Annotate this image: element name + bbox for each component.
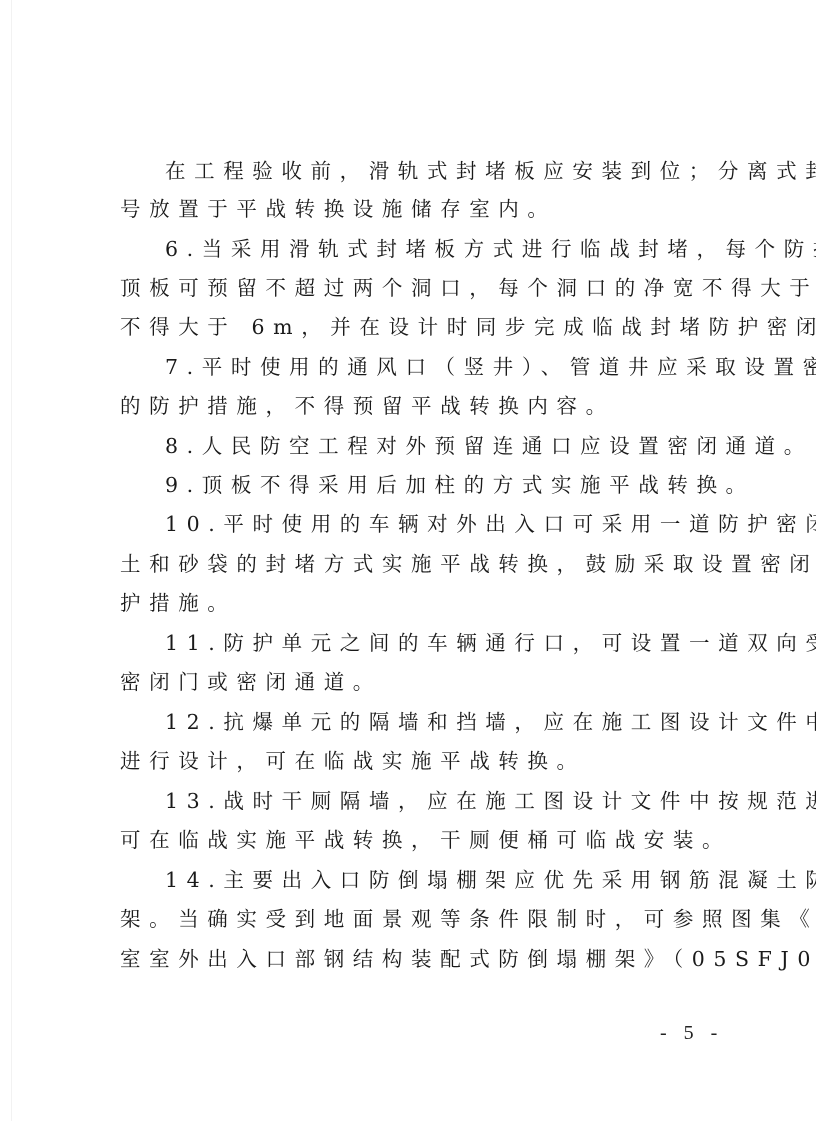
text-line: 在工程验收前，滑轨式封堵板应安装到位；分离式封堵板编 (165, 152, 816, 190)
text-line: 室室外出入口部钢结构装配式防倒塌棚架》（05SFJ05、05SFG04） (120, 940, 816, 978)
text-line: 密闭门或密闭通道。 (120, 663, 382, 701)
text-line: 11.防护单元之间的车辆通行口，可设置一道双向受力防护 (165, 624, 816, 662)
text-line: 6.当采用滑轨式封堵板方式进行临战封堵，每个防护单元的 (165, 230, 816, 268)
text-line: 护措施。 (120, 584, 236, 622)
text-line: 8.人民防空工程对外预留连通口应设置密闭通道。 (165, 427, 813, 465)
text-line: 不得大于 6m，并在设计时同步完成临战封堵防护密闭措施。 (120, 308, 816, 346)
page-number: - 5 - (660, 1022, 723, 1045)
text-line: 土和砂袋的封堵方式实施平战转换，鼓励采取设置密闭通道的防 (120, 545, 816, 583)
text-line: 14.主要出入口防倒塌棚架应优先采用钢筋混凝土防倒塌棚 (165, 861, 816, 899)
text-line: 可在临战实施平战转换，干厕便桶可临战安装。 (120, 821, 731, 859)
text-line: 12.抗爆单元的隔墙和挡墙，应在施工图设计文件中按规范 (165, 703, 816, 741)
text-line: 进行设计，可在临战实施平战转换。 (120, 742, 586, 780)
text-line: 13.战时干厕隔墙，应在施工图设计文件中按规范进行设计， (165, 782, 816, 820)
scan-edge (11, 0, 12, 1121)
text-line: 架。当确实受到地面景观等条件限制时，可参照图集《防空地下 (120, 900, 816, 938)
text-line: 号放置于平战转换设施储存室内。 (120, 190, 557, 228)
text-line: 的防护措施，不得预留平战转换内容。 (120, 387, 615, 425)
text-line: 10.平时使用的车辆对外出入口可采用一道防护密闭门加堆 (165, 505, 816, 543)
text-line: 顶板可预留不超过两个洞口，每个洞口的净宽不得大于 3m、净长 (120, 269, 816, 307)
text-line: 9.顶板不得采用后加柱的方式实施平战转换。 (165, 466, 755, 504)
text-line: 7.平时使用的通风口（竖井）、管道井应采取设置密闭通道 (165, 348, 816, 386)
